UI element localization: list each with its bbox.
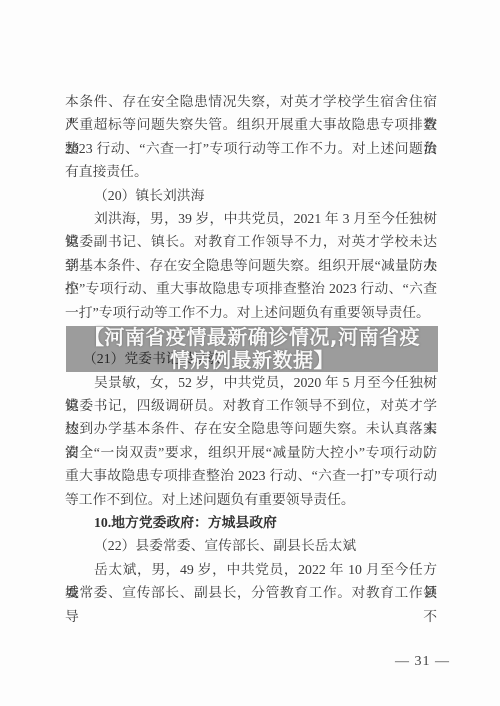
text-line: 本条件、存在安全隐患情况失察，对英才学校学生宿舍住宿人数	[65, 90, 437, 113]
text-line: 党委副书记、镇长。对教育工作领导不力，对英才学校未达到办	[65, 230, 437, 253]
text-line: 刘洪海，男，39 岁，中共党员，2021 年 3 月至今任独树镇	[65, 207, 437, 230]
text-line: 等工作不到位。对上述问题负有重要领导责任。	[65, 488, 437, 511]
text-line: 达到办学基本条件、存在安全隐患等问题失察。未认真落实消防	[65, 417, 437, 440]
section-10-heading: 10.地方党委政府：方城县政府	[65, 511, 437, 534]
text-line: 一打”专项行动等工作不力。对上述问题负有重要领导责任。	[65, 301, 437, 324]
text-line: 学基本条件、存在安全隐患等问题失察。组织开展“减量防大控	[65, 254, 437, 277]
section-22-heading: （22）县委常委、宣传部长、副县长岳太斌	[65, 534, 437, 557]
text-line: 小”专项行动、重大事故隐患专项排查整治 2023 行动、“六查	[65, 277, 437, 300]
text-line: 委常委、宣传部长、副县长，分管教育工作。对教育工作领导不	[65, 581, 437, 604]
text-line: 安全“一岗双责”要求，组织开展“减量防大控小”专项行动、	[65, 441, 437, 464]
page-number: — 31 —	[395, 654, 450, 670]
section-20-heading: （20）镇长刘洪海	[65, 184, 437, 207]
document-page: 本条件、存在安全隐患情况失察，对英才学校学生宿舍住宿人数 严重超标等问题失察失管…	[0, 0, 500, 706]
text-line: 吴景敏，女，52 岁，中共党员，2020 年 5 月至今任独树镇	[65, 371, 437, 394]
seo-banner-title: 【河南省疫情最新确诊情况,河南省疫 情病例最新数据】	[66, 326, 438, 372]
text-line: 岳太斌，男，49 岁，中共党员，2022 年 10 月至今任方城县	[65, 558, 437, 581]
seo-banner-title-line1: 【河南省疫情最新确诊情况,河南省疫	[66, 326, 438, 349]
text-line: 党委书记，四级调研员。对教育工作领导不到位，对英才学校未	[65, 394, 437, 417]
text-line: 严重超标等问题失察失管。组织开展重大事故隐患专项排查整治	[65, 113, 437, 136]
text-line: 2023 行动、“六查一打”专项行动等工作不力。对上述问题负	[65, 137, 437, 160]
text-line: 有直接责任。	[65, 160, 437, 183]
seo-banner-title-line2: 情病例最新数据】	[66, 349, 438, 372]
text-line: 重大事故隐患专项排查整治 2023 行动、“六查一打”专项行动	[65, 464, 437, 487]
